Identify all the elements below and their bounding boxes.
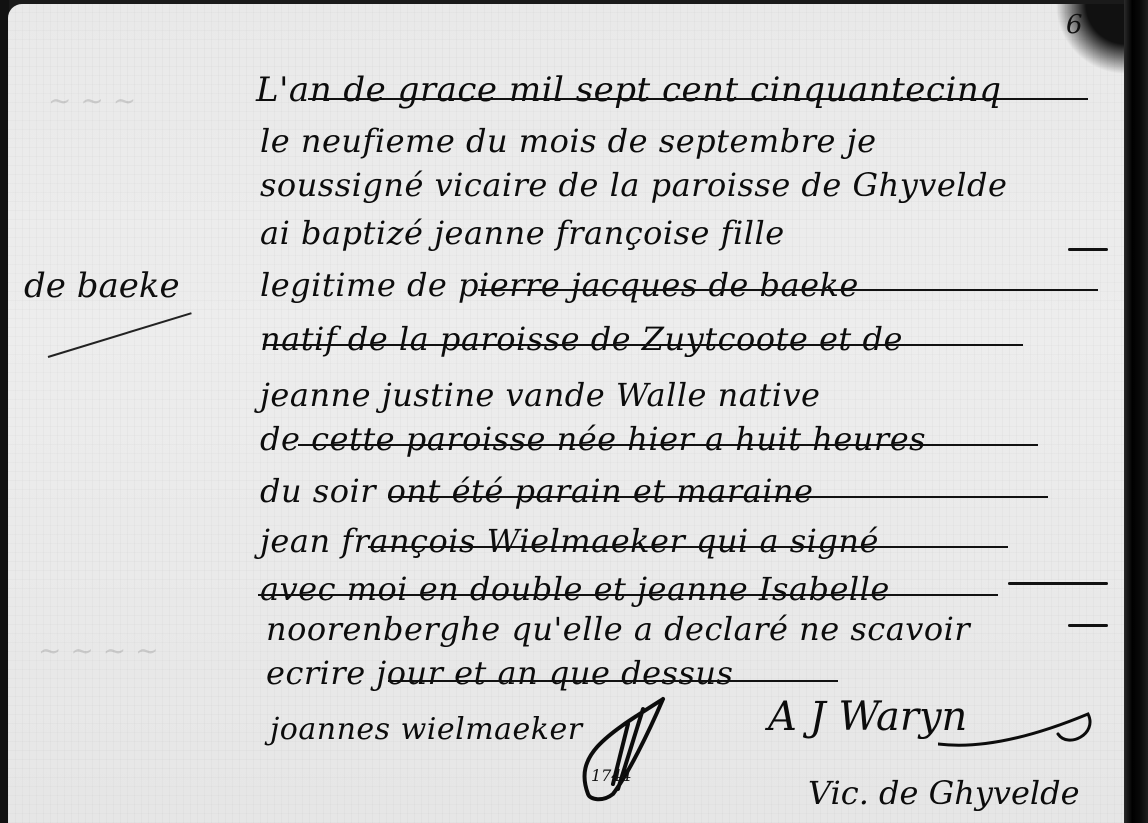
entry-line-13: ecrire jour et an que dessus [266,654,733,692]
line-filler-dash [1008,582,1108,585]
signature-flourish [938,704,1098,764]
line-flourish [388,496,1048,498]
bleed-through-text: ~ ~ ~ ~ [38,634,159,667]
entry-line-6: natif de la paroisse de Zuytcoote et de [260,320,903,358]
line-flourish [388,680,838,682]
line-filler-dash [1068,248,1108,251]
page-number: 6 [1066,10,1083,40]
entry-line-8: de cette paroisse née hier a huit heures [260,420,926,458]
priest-title: Vic. de Ghyvelde [808,774,1080,812]
line-flourish [298,444,1038,446]
entry-line-5: legitime de pierre jacques de baeke [260,266,859,304]
margin-surname: de baeke [24,266,180,306]
mark-year: 1744 [591,766,632,785]
godfather-signature: joannes wielmaeker [270,712,583,747]
godmother-mark-loop [568,694,678,804]
entry-line-10: jean françois Wielmaeker qui a signé [260,522,879,560]
line-filler-dash [1068,624,1108,627]
line-flourish [368,546,1008,548]
entry-line-7: jeanne justine vande Walle native [260,376,820,414]
entry-line-11: avec moi en double et jeanne Isabelle [260,570,890,608]
entry-line-4: ai baptizé jeanne françoise fille [260,214,785,252]
entry-line-3: soussigné vicaire de la paroisse de Ghyv… [260,166,1007,204]
register-page: ~ ~ ~ ~ ~ ~ ~ 6 de baeke L'an de grace m… [8,4,1126,823]
margin-rule [48,312,192,358]
book-binding-edge [1124,0,1148,823]
line-flourish [478,289,1098,291]
entry-line-2: le neufieme du mois de septembre je [260,122,877,160]
line-flourish [308,98,1088,100]
entry-line-9: du soir ont été parain et maraine [260,472,813,510]
line-flourish [263,344,1023,346]
bleed-through-text: ~ ~ ~ [48,84,136,117]
entry-line-1: L'an de grace mil sept cent cinquantecin… [256,70,1002,110]
entry-line-12: noorenberghe qu'elle a declaré ne scavoi… [266,610,970,648]
line-flourish [258,594,998,596]
